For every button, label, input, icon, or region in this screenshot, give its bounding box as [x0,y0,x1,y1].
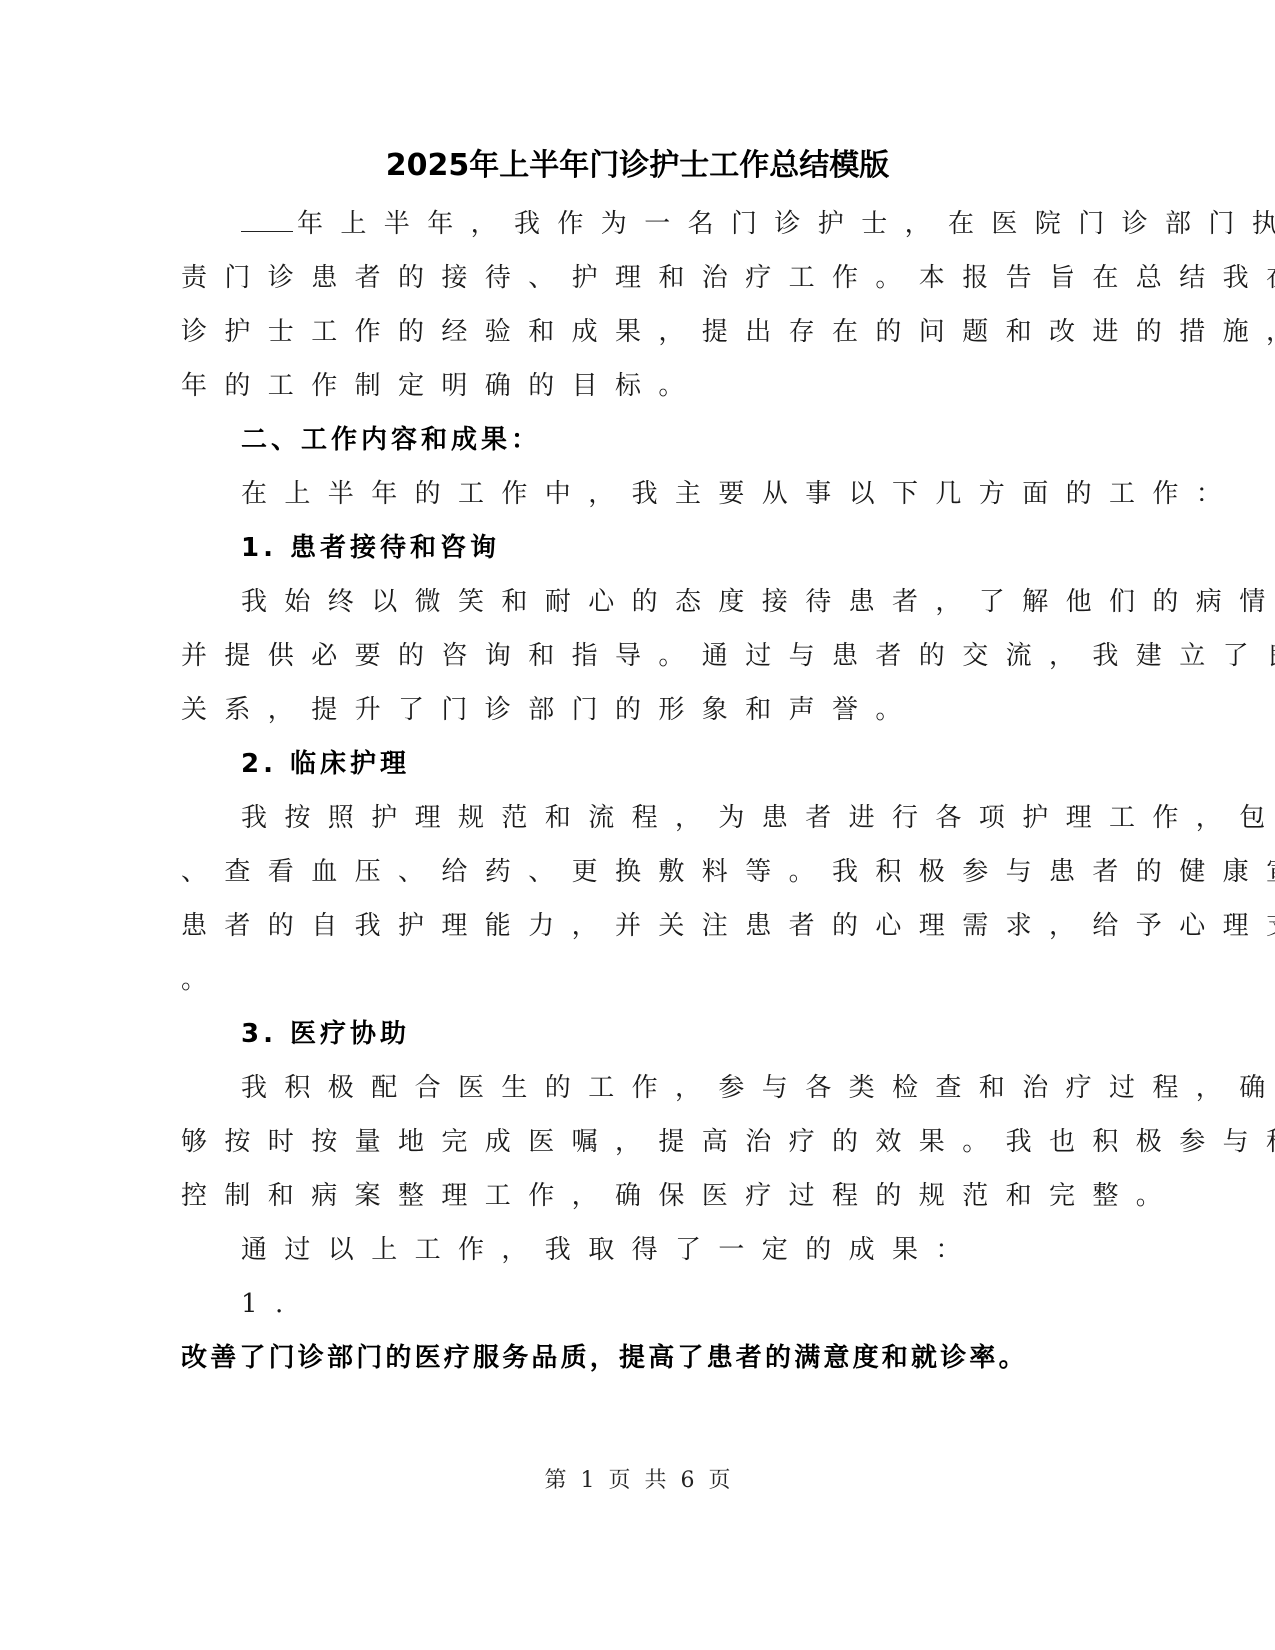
results-lead: 通过以上工作，我取得了一定的成果： [241,1232,1081,1268]
item-heading-3: 3. 医疗协助 [241,1016,1081,1052]
document-page: 2025年上半年门诊护士工作总结模版 年上半年，我作为一名门诊护士，在医院门诊部… [0,0,1275,1650]
footer-total-label: 共 [645,1468,667,1493]
section-lead: 在上半年的工作中，我主要从事以下几方面的工作： [241,476,1081,512]
year-blank [241,209,293,232]
item-heading-2: 2. 临床护理 [241,746,1081,782]
results-item-text: 改善了门诊部门的医疗服务品质，提高了患者的满意度和就诊率。 [181,1340,1021,1376]
item-2-line-2: 、查看血压、给药、更换敷料等。我积极参与患者的健康宣教，提高 [181,854,1021,890]
item-1-line-1: 我始终以微笑和耐心的态度接待患者，了解他们的病情和需求， [241,584,1081,620]
item-2-line-3: 患者的自我护理能力，并关注患者的心理需求，给予心理支持和安慰 [181,908,1021,944]
footer-prefix: 第 [544,1468,566,1493]
item-3-line-1: 我积极配合医生的工作，参与各类检查和治疗过程，确保患者能 [241,1070,1081,1106]
item-1-line-3: 关系，提升了门诊部门的形象和声誉。 [181,692,1021,728]
item-2-line-1: 我按照护理规范和流程，为患者进行各项护理工作，包括量体温 [241,800,1081,836]
item-heading-1: 1. 患者接待和咨询 [241,530,1081,566]
document-title: 2025年上半年门诊护士工作总结模版 [0,146,1275,186]
results-item-number: 1. [241,1286,1081,1322]
section-heading: 二、工作内容和成果： [241,422,1081,458]
page-footer: 第1页共6页 [0,1466,1275,1496]
total-pages: 6 [681,1468,695,1493]
intro-line-3: 诊护士工作的经验和成果，提出存在的问题和改进的措施，并为下半 [181,314,1021,350]
footer-suffix: 页 [709,1468,731,1493]
intro-line-1: 年上半年，我作为一名门诊护士，在医院门诊部门执业，负 [241,206,1081,242]
item-3-line-2: 够按时按量地完成医嘱，提高治疗的效果。我也积极参与科室的质量 [181,1124,1021,1160]
current-page: 1 [580,1468,594,1493]
intro-line-2: 责门诊患者的接待、护理和治疗工作。本报告旨在总结我在上半年门 [181,260,1021,296]
item-1-line-2: 并提供必要的咨询和指导。通过与患者的交流，我建立了良好的护患 [181,638,1021,674]
item-2-line-4: 。 [181,962,1021,998]
footer-page-label: 页 [608,1468,630,1493]
item-3-line-3: 控制和病案整理工作，确保医疗过程的规范和完整。 [181,1178,1021,1214]
intro-line-4: 年的工作制定明确的目标。 [181,368,1021,404]
